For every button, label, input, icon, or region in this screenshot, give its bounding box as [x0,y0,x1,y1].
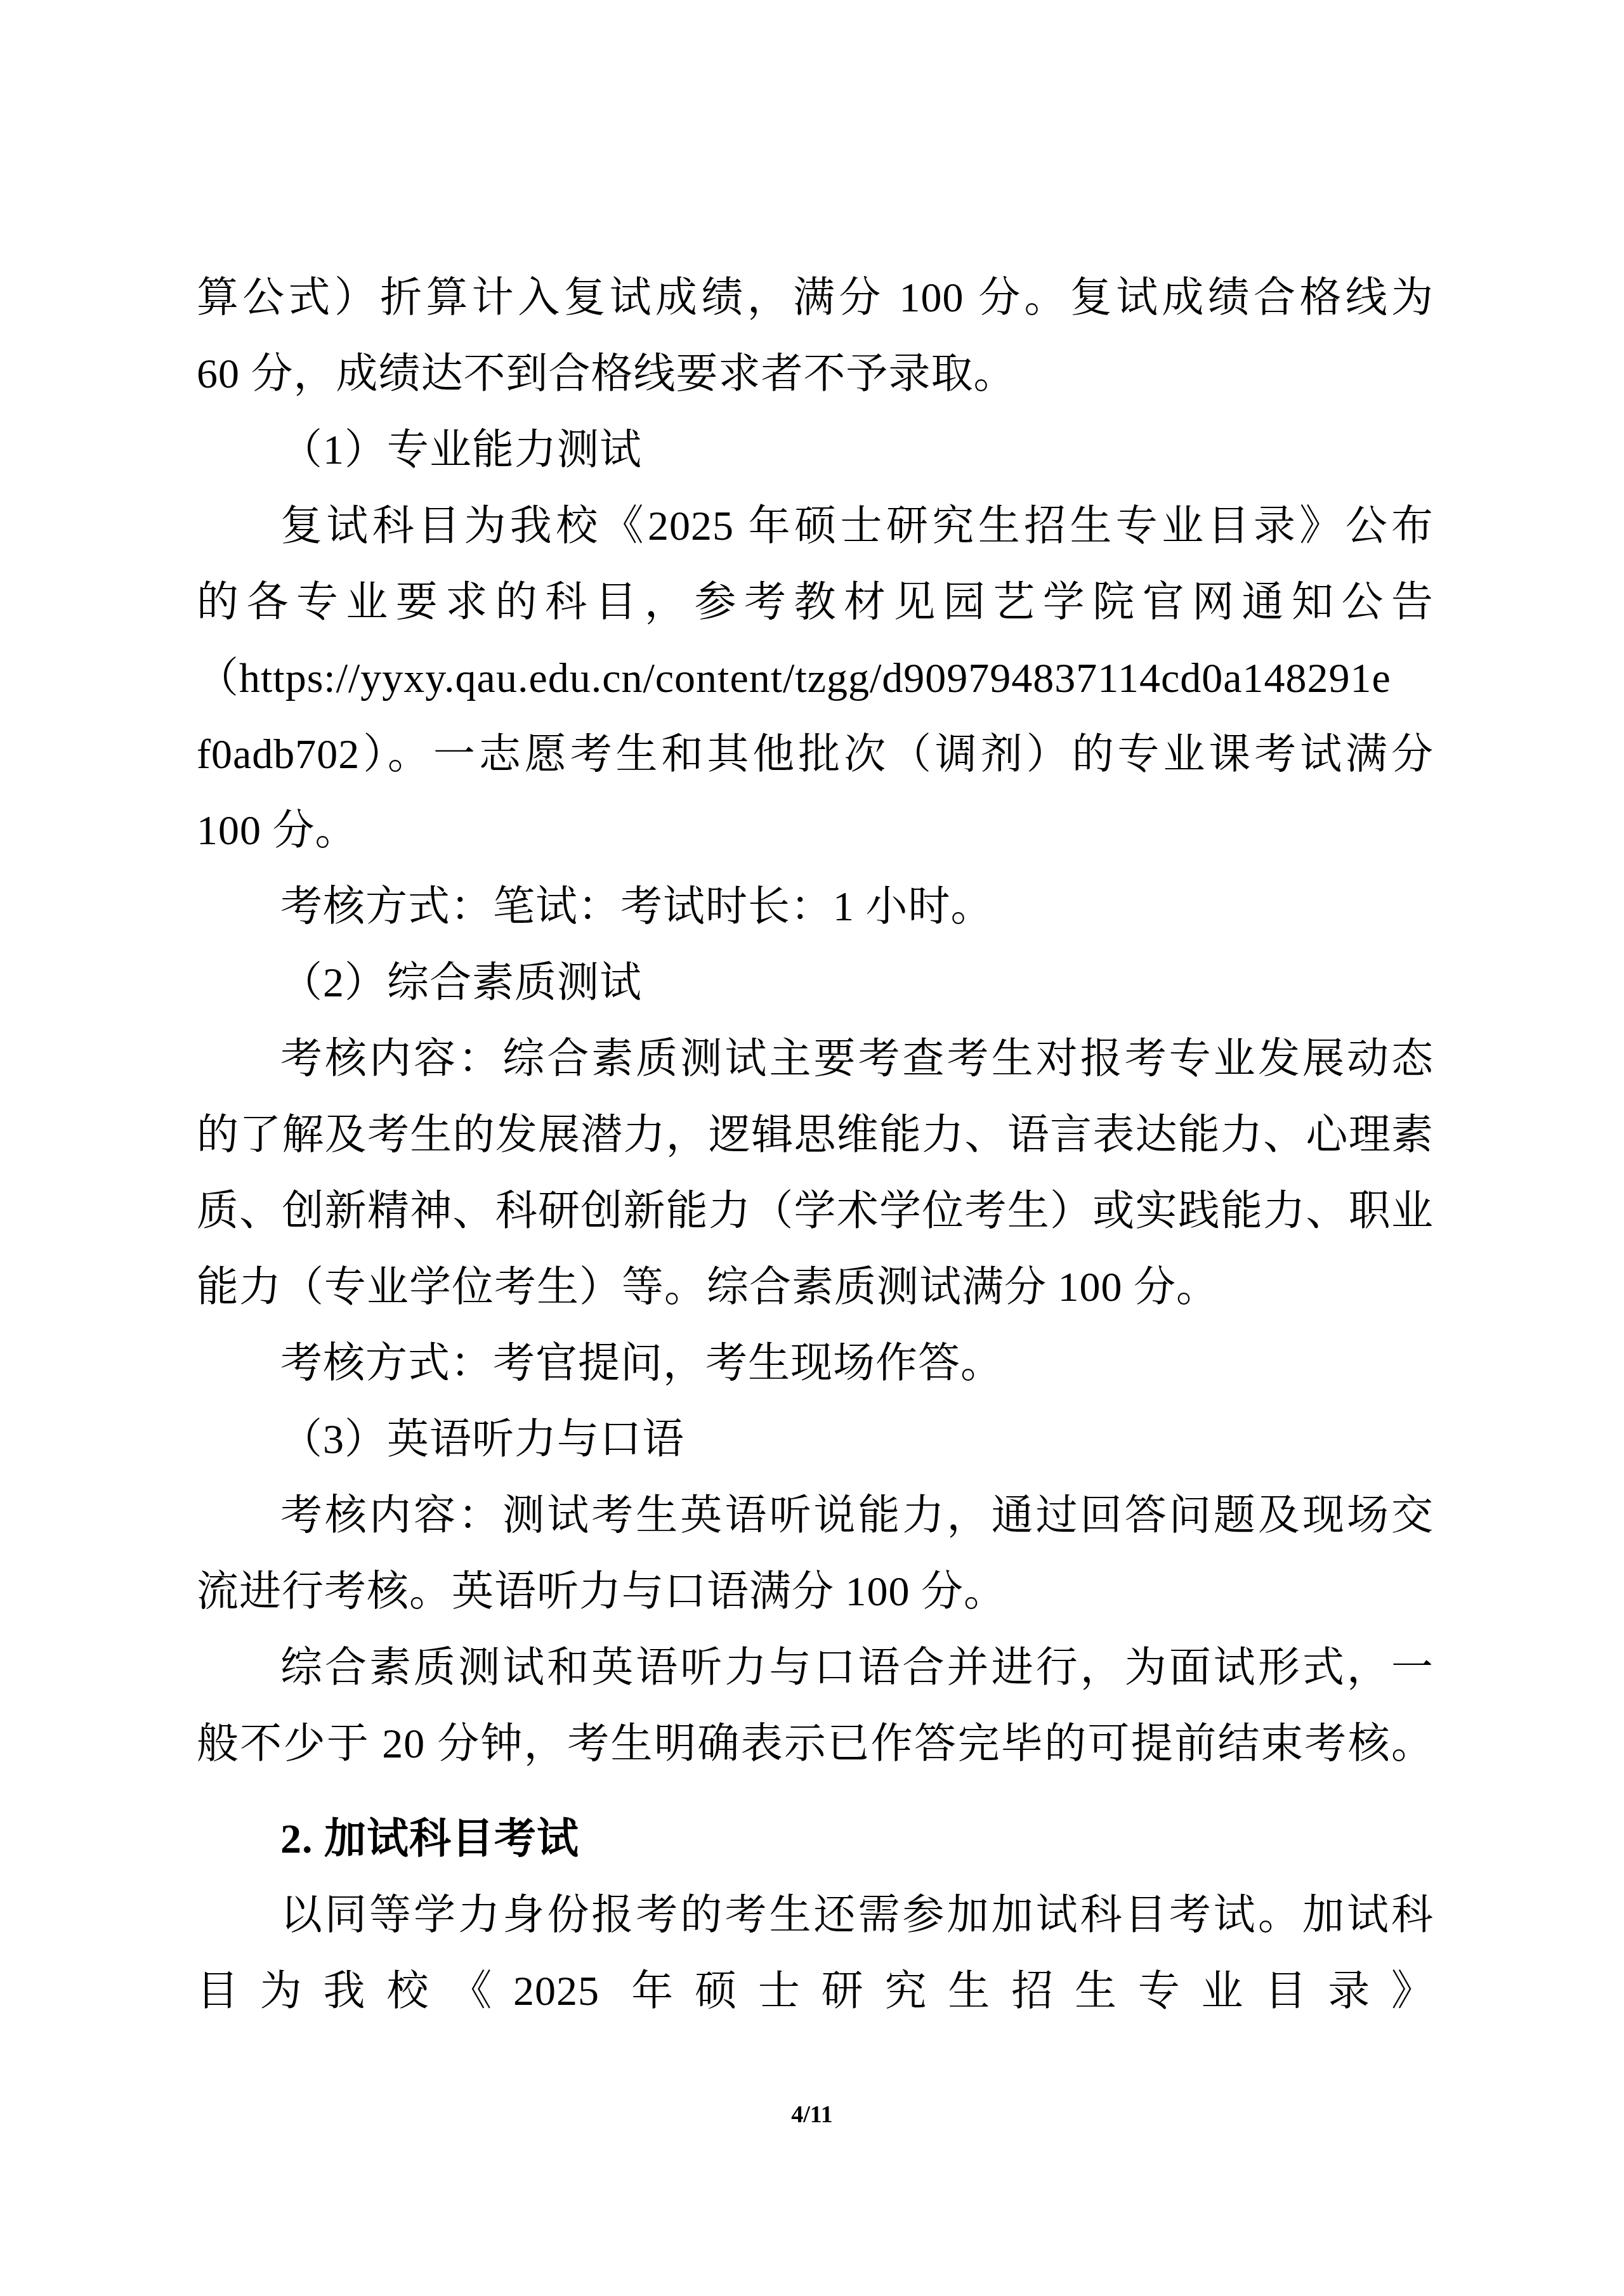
text-line: 质、创新精神、科研创新能力（学术学位考生）或实践能力、职业 [197,1173,1434,1249]
text-line: 流进行考核。英语听力与口语满分 100 分。 [197,1554,1434,1630]
text-line: 般不少于 20 分钟，考生明确表示已作答完毕的可提前结束考核。 [197,1706,1434,1782]
text-line: 考核内容：综合素质测试主要考查考生对报考专业发展动态 [197,1021,1434,1097]
text-line: 算公式）折算计入复试成绩，满分 100 分。复试成绩合格线为 [197,260,1434,336]
text-line: 考核方式：笔试：考试时长：1 小时。 [197,869,1434,945]
text-line: 考核内容：测试考生英语听说能力，通过回答问题及现场交 [197,1478,1434,1554]
text-line: 综合素质测试和英语听力与口语合并进行，为面试形式，一 [197,1630,1434,1706]
text-line: 目为我校《2025 年硕士研究生招生专业目录》 [197,1954,1434,2030]
text-line: 考核方式：考官提问，考生现场作答。 [197,1326,1434,1402]
text-line: 复试科目为我校《2025 年硕士研究生招生专业目录》公布 [197,488,1434,564]
list-item-heading: （2）综合素质测试 [197,945,1434,1021]
text-line: 60 分，成绩达不到合格线要求者不予录取。 [197,336,1434,412]
text-line: 100 分。 [197,793,1434,869]
list-item-heading: （1）专业能力测试 [197,412,1434,488]
text-line: 的各专业要求的科目，参考教材见园艺学院官网通知公告 [197,564,1434,641]
text-line: 的了解及考生的发展潜力，逻辑思维能力、语言表达能力、心理素 [197,1097,1434,1173]
text-line: f0adb702）。一志愿考生和其他批次（调剂）的专业课考试满分 [197,717,1434,793]
document-page: 算公式）折算计入复试成绩，满分 100 分。复试成绩合格线为 60 分，成绩达不… [0,0,1624,2296]
section-heading: 2. 加试科目考试 [197,1801,1434,1877]
text-line: 以同等学力身份报考的考生还需参加加试科目考试。加试科 [197,1877,1434,1954]
text-line-url: （https://yyxy.qau.edu.cn/content/tzgg/d9… [197,641,1434,717]
text-line: 能力（专业学位考生）等。综合素质测试满分 100 分。 [197,1249,1434,1326]
document-body: 算公式）折算计入复试成绩，满分 100 分。复试成绩合格线为 60 分，成绩达不… [197,260,1434,2030]
page-number: 4/11 [0,2101,1624,2129]
list-item-heading: （3）英语听力与口语 [197,1402,1434,1478]
